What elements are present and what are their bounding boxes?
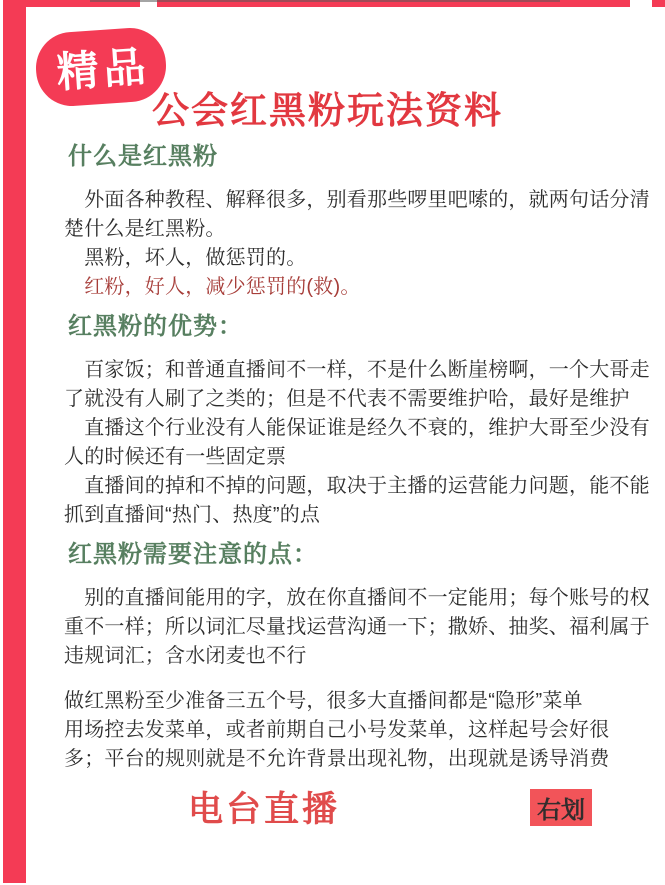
text-line: 了就没有人刷了之类的；但是不代表不需要维护哈，最好是维护	[64, 385, 660, 414]
text-line: 违规词汇；含水闭麦也不行	[64, 642, 660, 671]
text-line: 人的时候还有一些固定票	[64, 443, 660, 472]
section: 红黑粉需要注意的点： 别的直播间能用的字，放在你直播间不一定能用；每个账号的权重…	[64, 540, 660, 671]
content: 什么是红黑粉 外面各种教程、解释很多，别看那些啰里吧嗦的，就两句话分清楚什么是红…	[64, 142, 660, 774]
text-line: 做红黑粉至少准备三五个号，很多大直播间都是“隐形”菜单	[64, 687, 660, 716]
premium-badge: 精品	[34, 26, 169, 109]
text-line: 直播间的掉和不掉的问题，取决于主播的运营能力问题，能不能	[64, 472, 660, 501]
page-title: 公会红黑粉玩法资料	[152, 80, 503, 134]
left-red-bar	[3, 0, 26, 883]
text-line: 黑粉，坏人，做惩罚的。	[64, 244, 660, 273]
station-label: 电台直播	[188, 782, 340, 832]
text-line: 红粉，好人，减少惩罚的(救)。	[64, 273, 660, 302]
text-line: 抓到直播间“热门、热度”的点	[64, 501, 660, 530]
section-heading: 红黑粉需要注意的点：	[68, 540, 660, 570]
section-heading: 什么是红黑粉	[68, 142, 660, 172]
poster-card: 精品 公会红黑粉玩法资料 什么是红黑粉 外面各种教程、解释很多，别看那些啰里吧嗦…	[0, 0, 665, 885]
text-line: 百家饭；和普通直播间不一样，不是什么断崖榜啊，一个大哥走	[64, 356, 660, 385]
premium-badge-label: 精品	[50, 34, 153, 101]
section: 做红黑粉至少准备三五个号，很多大直播间都是“隐形”菜单用场控去发菜单，或者前期自…	[64, 687, 660, 774]
text-line: 外面各种教程、解释很多，别看那些啰里吧嗦的，就两句话分清	[64, 186, 660, 215]
text-line: 重不一样；所以词汇尽量找运营沟通一下；撒娇、抽奖、福利属于	[64, 613, 660, 642]
top-hairline	[90, 0, 560, 2]
swipe-right-label: 右划	[537, 790, 585, 825]
text-line: 楚什么是红黑粉。	[64, 215, 660, 244]
section-heading: 红黑粉的优势：	[68, 312, 660, 342]
text-line: 用场控去发菜单，或者前期自己小号发菜单，这样起号会好很	[64, 716, 660, 745]
text-line: 多；平台的规则就是不允许背景出现礼物，出现就是诱导消费	[64, 745, 660, 774]
section: 红黑粉的优势： 百家饭；和普通直播间不一样，不是什么断崖榜啊，一个大哥走了就没有…	[64, 312, 660, 530]
section: 什么是红黑粉 外面各种教程、解释很多，别看那些啰里吧嗦的，就两句话分清楚什么是红…	[64, 142, 660, 302]
top-strip-segment	[652, 0, 665, 7]
text-line: 直播这个行业没有人能保证谁是经久不衰的，维护大哥至少没有	[64, 414, 660, 443]
swipe-right-button[interactable]: 右划	[530, 789, 592, 826]
text-line: 别的直播间能用的字，放在你直播间不一定能用；每个账号的权	[64, 584, 660, 613]
